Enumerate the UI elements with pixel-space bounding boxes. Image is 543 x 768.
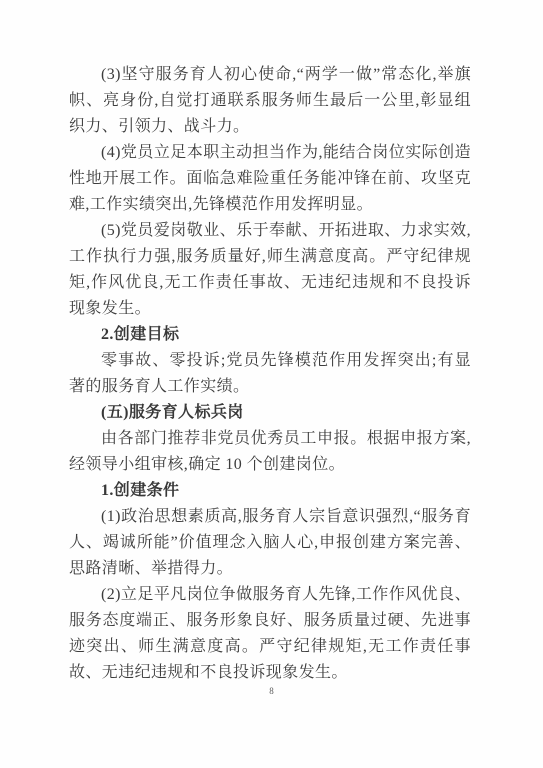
section-heading: 2.创建目标 <box>69 322 471 348</box>
paragraph: 零事故、零投诉;党员先锋模范作用发挥突出;有显著的服务育人工作实绩。 <box>69 348 471 400</box>
paragraph: (1)政治思想素质高,服务育人宗旨意识强烈,“服务育人、竭诚所能”价值理念入脑人… <box>69 504 471 582</box>
section-heading: (五)服务育人标兵岗 <box>69 400 471 426</box>
paragraph: (2)立足平凡岗位争做服务育人先锋,工作作风优良、服务态度端正、服务形象良好、服… <box>69 582 471 686</box>
paragraph: (5)党员爱岗敬业、乐于奉献、开拓进取、力求实效,工作执行力强,服务质量好,师生… <box>69 218 471 322</box>
paragraph: (4)党员立足本职主动担当作为,能结合岗位实际创造性地开展工作。面临急难险重任务… <box>69 140 471 218</box>
section-heading: 1.创建条件 <box>69 478 471 504</box>
document-page: (3)坚守服务育人初心使命,“两学一做”常态化,举旗帜、亮身份,自觉打通联系服务… <box>0 0 543 768</box>
document-body: (3)坚守服务育人初心使命,“两学一做”常态化,举旗帜、亮身份,自觉打通联系服务… <box>69 62 471 686</box>
page-number: 8 <box>0 685 543 697</box>
paragraph: (3)坚守服务育人初心使命,“两学一做”常态化,举旗帜、亮身份,自觉打通联系服务… <box>69 62 471 140</box>
paragraph: 由各部门推荐非党员优秀员工申报。根据申报方案,经领导小组审核,确定 10 个创建… <box>69 426 471 478</box>
